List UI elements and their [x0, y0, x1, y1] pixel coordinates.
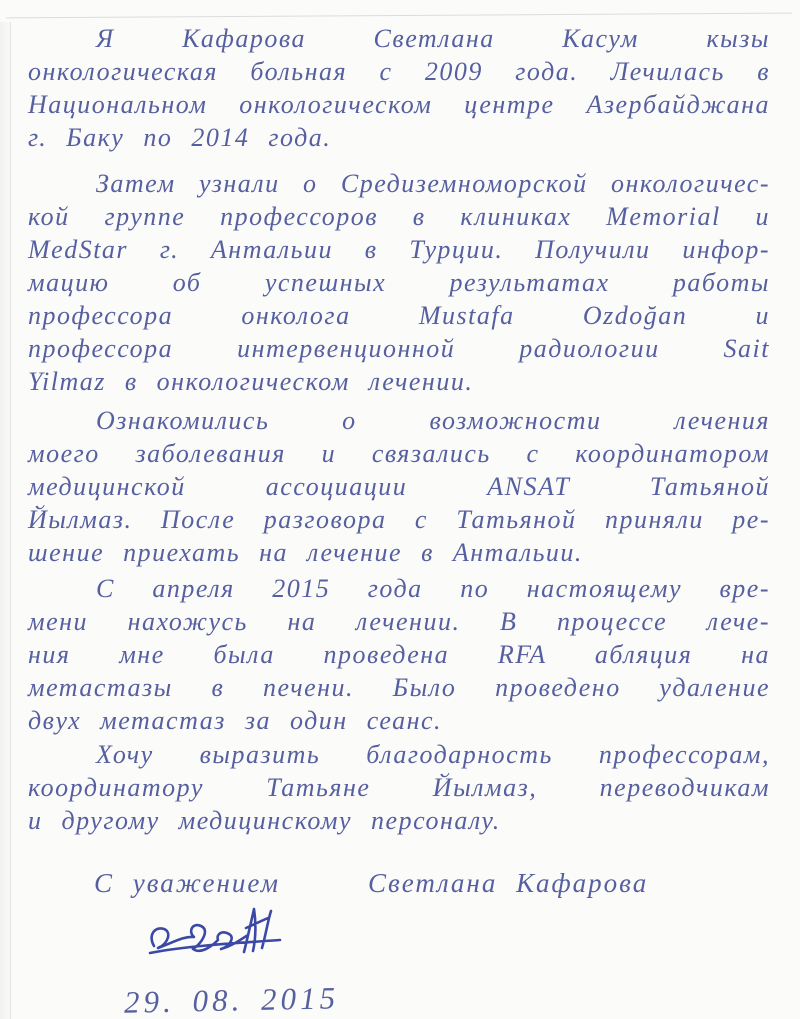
letter-line: Я Кафарова Светлана Касум кызы — [28, 22, 770, 55]
letter-line: шение приехать на лечение в Антальии. — [28, 536, 770, 569]
scanned-letter-page: Я Кафарова Светлана Касум кызы онкологич… — [0, 0, 800, 1019]
letter-line: Национальном онкологическом центре Азерб… — [28, 88, 770, 121]
letter-line: Ознакомились о возможности лечения — [28, 404, 770, 437]
paragraph-thanks: Хочу выразить благодарность профессорам,… — [28, 738, 770, 837]
paragraph-intro: Я Кафарова Светлана Касум кызы онкологич… — [28, 22, 770, 154]
closing-salutation: С уважением — [94, 866, 280, 900]
letter-line: двух метастаз за один сеанс. — [28, 704, 770, 737]
letter-line: медицинской ассоциации ANSAT Татьяной — [28, 470, 770, 503]
letter-line: С апреля 2015 года по настоящему вре- — [28, 572, 770, 605]
letter-body: Я Кафарова Светлана Касум кызы онкологич… — [28, 22, 770, 1014]
letter-line: MedStar г. Антальии в Турции. Получили и… — [28, 233, 770, 266]
letter-line: Затем узнали о Средиземноморской онколог… — [28, 167, 770, 200]
closing-name: Светлана Кафарова — [368, 866, 648, 900]
closing-row: С уважением Светлана Кафарова — [94, 866, 770, 900]
letter-line: и другому медицинскому персоналу. — [28, 804, 770, 837]
letter-line: профессора интервенционной радиологии Sa… — [28, 332, 770, 365]
letter-line: онкологическая больная с 2009 года. Лечи… — [28, 55, 770, 88]
letter-line: координатору Татьяне Йылмаз, переводчика… — [28, 771, 770, 804]
letter-line: Хочу выразить благодарность профессорам, — [28, 738, 770, 771]
letter-line: Йылмаз. После разговора с Татьяной приня… — [28, 503, 770, 536]
letter-line: мени нахожусь на лечении. В процессе леч… — [28, 605, 770, 638]
letter-line: Yilmaz в онкологическом лечении. — [28, 365, 770, 398]
scan-edge-line — [10, 22, 11, 1019]
paragraph-treatment: С апреля 2015 года по настоящему вре- ме… — [28, 572, 770, 737]
letter-line: ния мне была проведена RFA абляция на — [28, 638, 770, 671]
letter-line: мацию об успешных результатах работы — [28, 266, 770, 299]
scan-crease-line — [6, 13, 792, 19]
letter-line: метастазы в печени. Было проведено удале… — [28, 671, 770, 704]
letter-line: кой группе профессоров в клиниках Memori… — [28, 200, 770, 233]
date: 29. 08. 2015 — [124, 971, 771, 1019]
letter-line: моего заболевания и связались с координа… — [28, 437, 770, 470]
paragraph-coordinator: Ознакомились о возможности лечения моего… — [28, 404, 770, 569]
paragraph-clinics: Затем узнали о Средиземноморской онколог… — [28, 167, 770, 398]
letter-line: профессора онколога Mustafa Ozdoğan и — [28, 299, 770, 332]
signature-scrawl-icon — [140, 906, 290, 968]
letter-line: г. Баку по 2014 года. — [28, 121, 770, 154]
